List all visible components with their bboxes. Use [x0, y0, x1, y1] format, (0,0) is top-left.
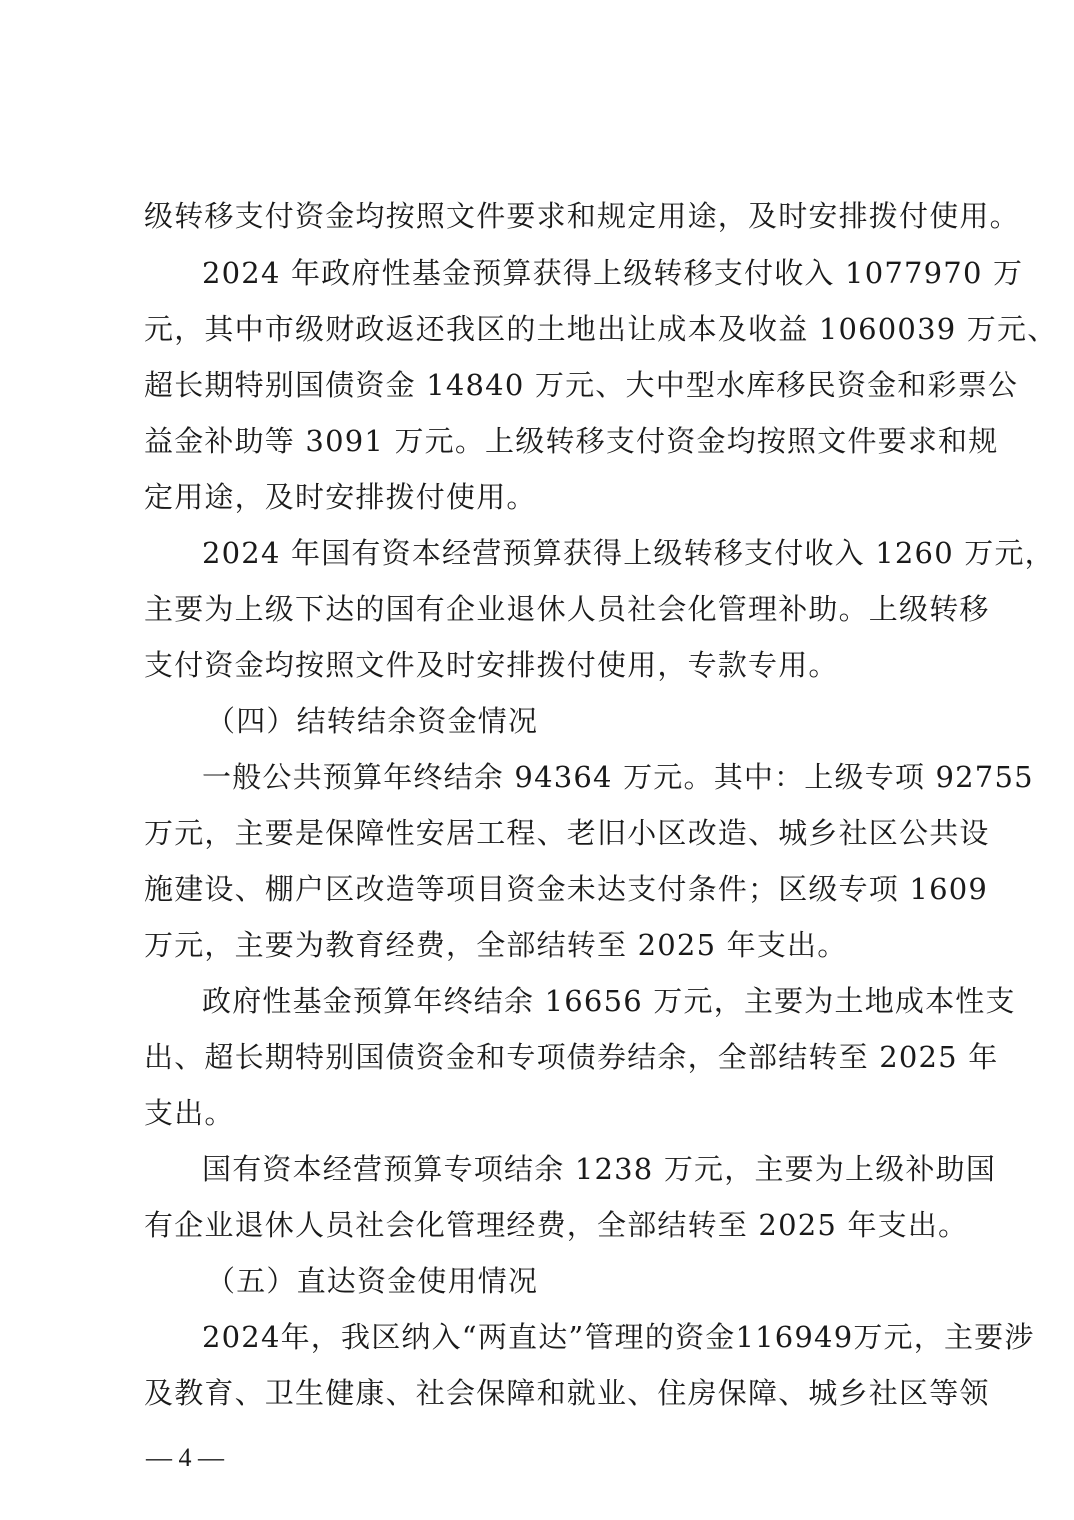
paragraph-line: 益金补助等 3091 万元。上级转移支付资金均按照文件要求和规 [144, 421, 944, 461]
paragraph-line: 2024 年政府性基金预算获得上级转移支付收入 1077970 万 [202, 253, 1002, 293]
paragraph-line: 主要为上级下达的国有企业退休人员社会化管理补助。上级转移 [144, 589, 944, 629]
section-heading: （四）结转结余资金情况 [206, 701, 1006, 741]
paragraph-line: 支出。 [144, 1093, 944, 1133]
paragraph-line: 国有资本经营预算专项结余 1238 万元，主要为上级补助国 [202, 1149, 1002, 1189]
paragraph-line: 施建设、棚户区改造等项目资金未达支付条件；区级专项 1609 [144, 869, 944, 909]
paragraph-line: 一般公共预算年终结余 94364 万元。其中：上级专项 92755 [202, 757, 1002, 797]
paragraph-line: 万元，主要是保障性安居工程、老旧小区改造、城乡社区公共设 [144, 813, 944, 853]
paragraph-line: 及教育、卫生健康、社会保障和就业、住房保障、城乡社区等领 [144, 1373, 944, 1413]
paragraph-line: 级转移支付资金均按照文件要求和规定用途，及时安排拨付使用。 [144, 196, 944, 236]
paragraph-line: 超长期特别国债资金 14840 万元、大中型水库移民资金和彩票公 [144, 365, 944, 405]
page-number: — 4 — [146, 1440, 224, 1476]
paragraph-line: 2024年，我区纳入“两直达”管理的资金116949万元，主要涉 [202, 1317, 1002, 1357]
paragraph-line: 元，其中市级财政返还我区的土地出让成本及收益 1060039 万元、 [144, 309, 944, 349]
paragraph-line: 政府性基金预算年终结余 16656 万元，主要为土地成本性支 [202, 981, 1002, 1021]
section-heading: （五）直达资金使用情况 [206, 1261, 1006, 1301]
paragraph-line: 定用途，及时安排拨付使用。 [144, 477, 944, 517]
paragraph-line: 支付资金均按照文件及时安排拨付使用，专款专用。 [144, 645, 944, 685]
document-page: 级转移支付资金均按照文件要求和规定用途，及时安排拨付使用。 2024 年政府性基… [0, 0, 1074, 1520]
paragraph-line: 万元，主要为教育经费，全部结转至 2025 年支出。 [144, 925, 944, 965]
paragraph-line: 2024 年国有资本经营预算获得上级转移支付收入 1260 万元， [202, 533, 1002, 573]
paragraph-line: 出、超长期特别国债资金和专项债券结余，全部结转至 2025 年 [144, 1037, 944, 1077]
paragraph-line: 有企业退休人员社会化管理经费，全部结转至 2025 年支出。 [144, 1205, 944, 1245]
